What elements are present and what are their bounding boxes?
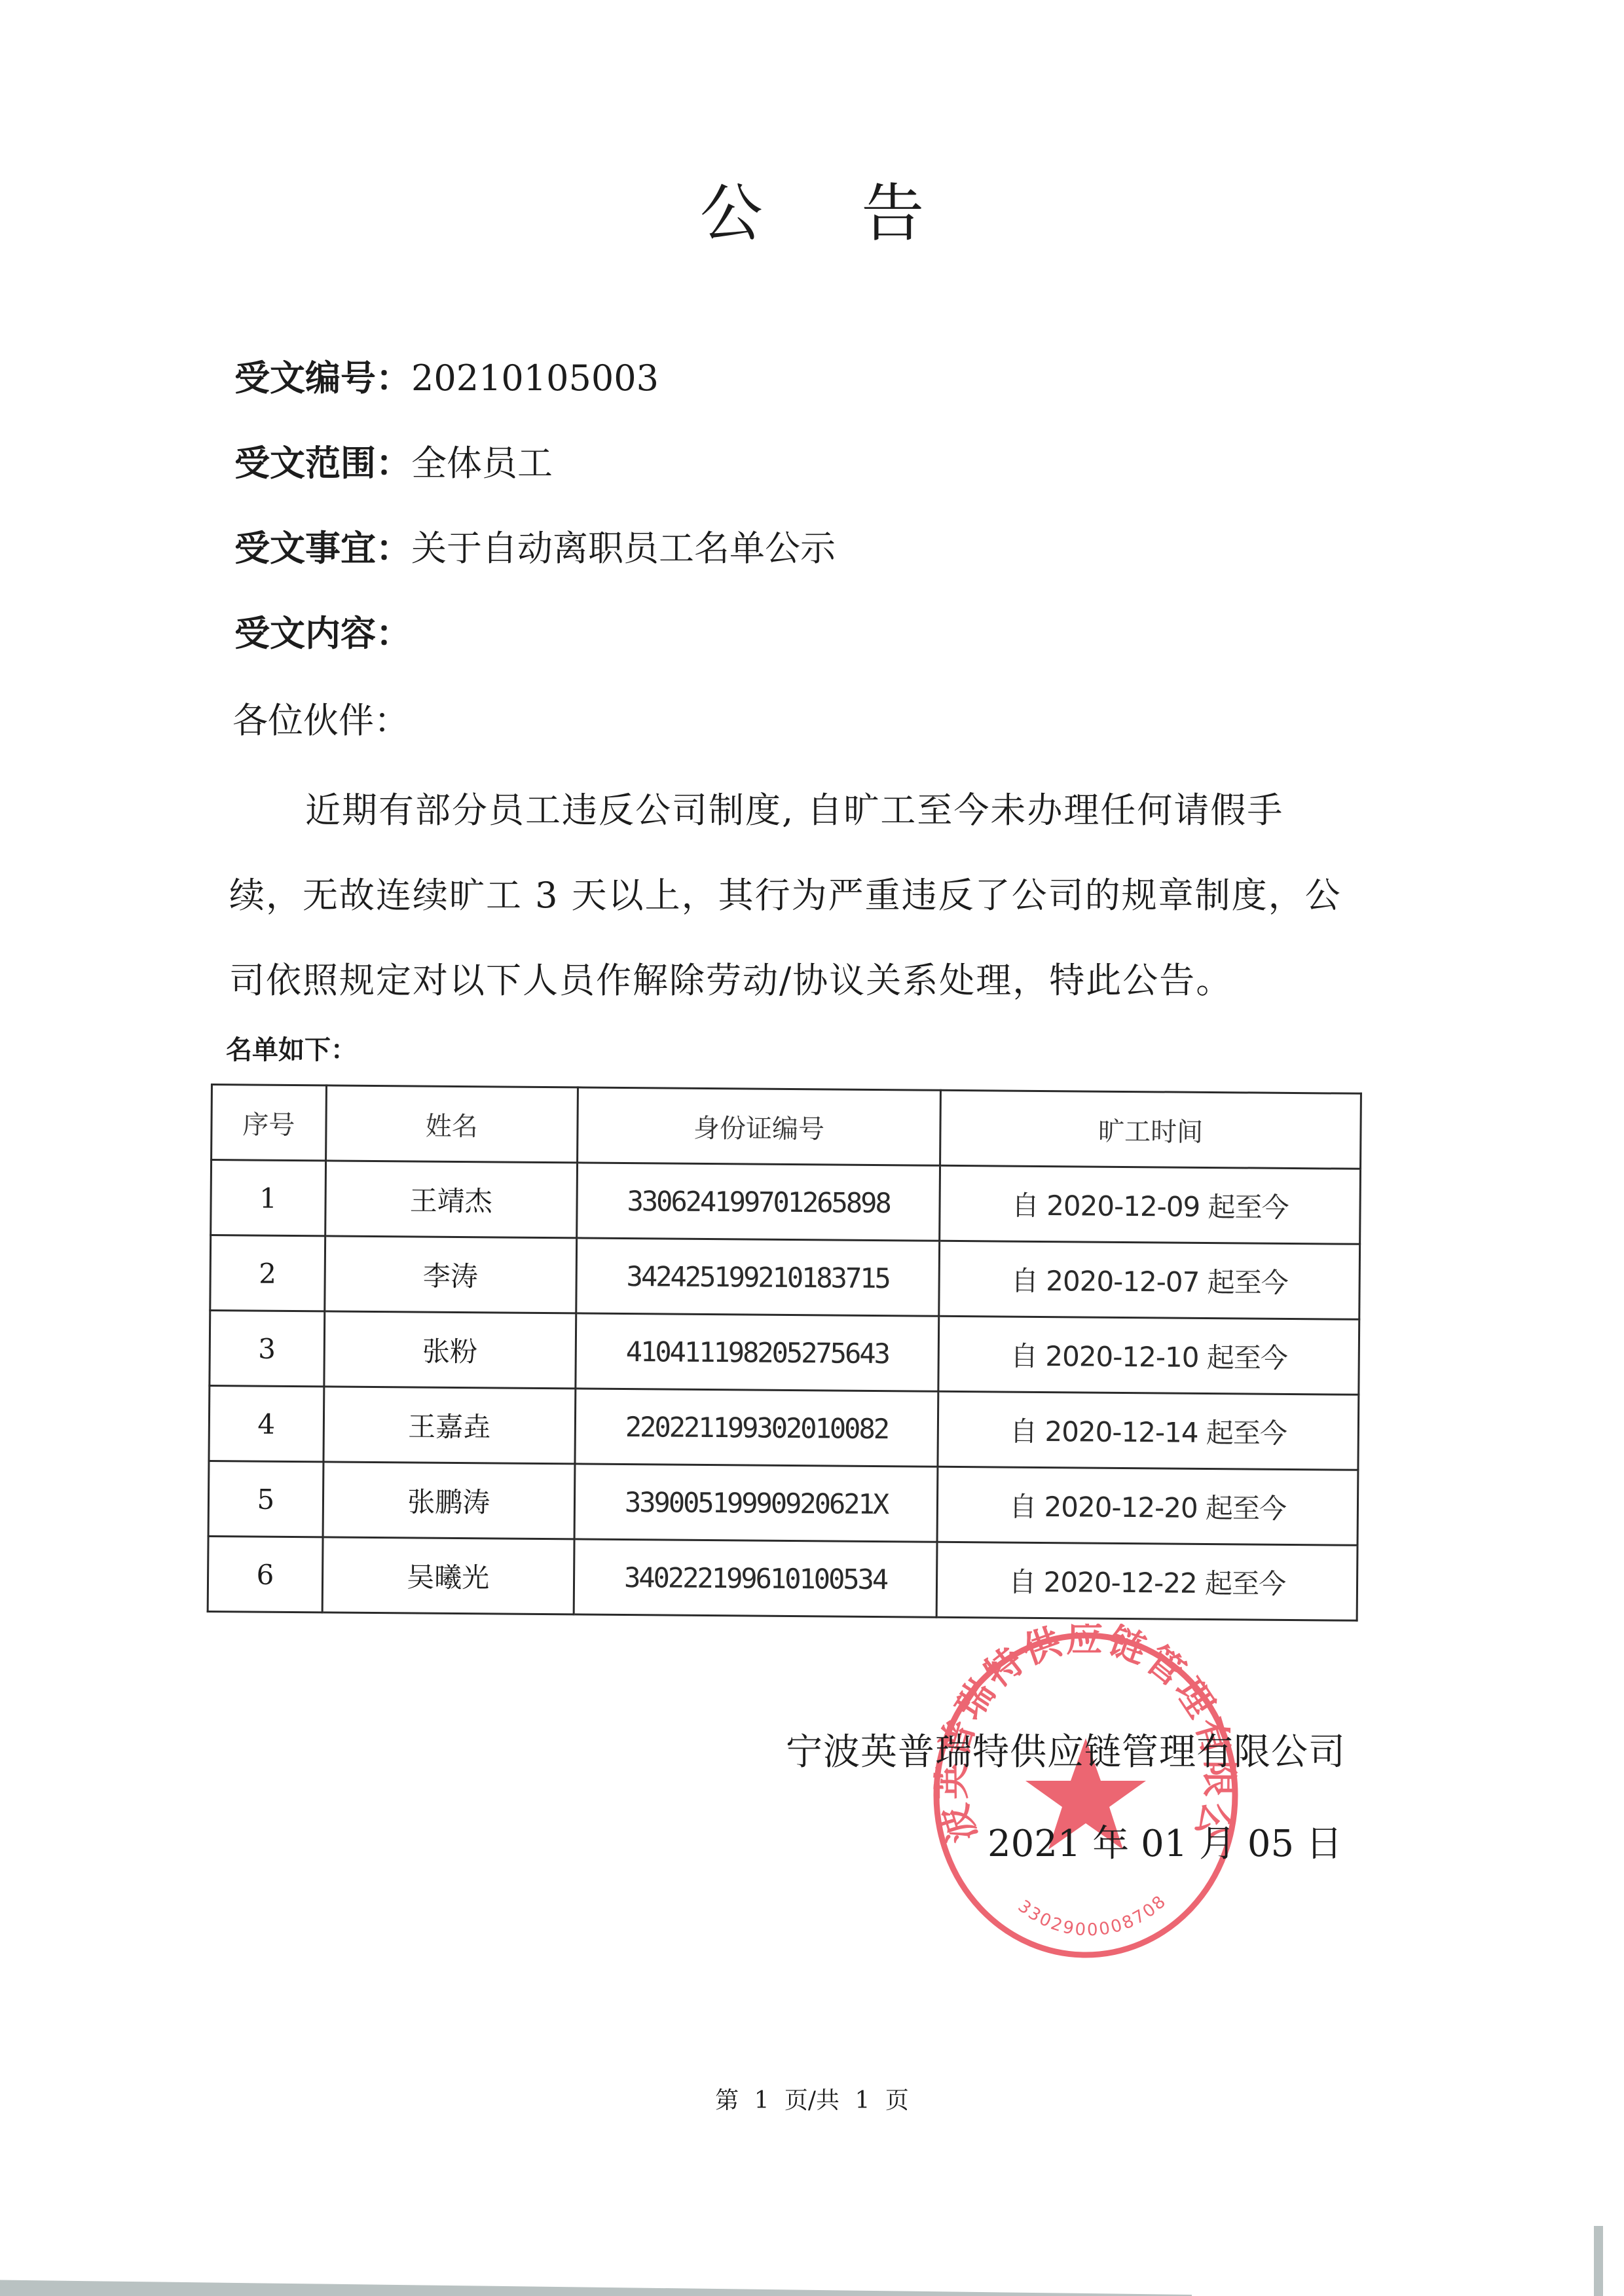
meta-content: 受文内容： <box>234 606 411 656</box>
cell-no: 5 <box>208 1461 323 1537</box>
cell-no: 2 <box>210 1235 325 1311</box>
body-line-1: 近期有部分员工违反公司制度, 自旷工至今未办理任何请假手 <box>229 782 1369 833</box>
cell-id: 410411198205275643 <box>576 1313 939 1391</box>
cell-no: 4 <box>209 1385 324 1461</box>
list-intro: 名单如下： <box>226 1029 357 1066</box>
body-line-2: 续，无故连续旷工 3 天以上，其行为严重违反了公司的规章制度，公 <box>229 867 1369 918</box>
greeting: 各位伙伴： <box>232 693 409 743</box>
company-seal-stamp: 宁波英普瑞特供应链管理有限公司 3302900008708 <box>922 1624 1249 1964</box>
table-header-row: 序号 姓名 身份证编号 旷工时间 <box>212 1085 1361 1169</box>
svg-text:3302900008708: 3302900008708 <box>1014 1891 1171 1940</box>
document-title: 公 告 <box>0 164 1624 253</box>
cell-absence: 自 2020-12-09 起至今 <box>940 1165 1361 1244</box>
table-row: 5 张鹏涛 33900519990920621X 自 2020-12-20 起至… <box>208 1461 1358 1545</box>
meta-label: 受文事宜： <box>234 528 411 569</box>
table-row: 6 吴曦光 340222199610100534 自 2020-12-22 起至… <box>208 1536 1357 1620</box>
scan-edge-shadow <box>1594 2226 1603 2296</box>
table-row: 4 王嘉垚 220221199302010082 自 2020-12-14 起至… <box>209 1385 1359 1470</box>
signature-company: 宁波英普瑞特供应链管理有限公司 <box>786 1723 1346 1776</box>
cell-name: 张粉 <box>324 1311 576 1389</box>
cell-id: 330624199701265898 <box>576 1163 940 1241</box>
header-id: 身份证编号 <box>577 1087 940 1165</box>
cell-id: 342425199210183715 <box>576 1238 940 1316</box>
meta-value: 20210105003 <box>411 357 659 399</box>
body-line-3: 司依照规定对以下人员作解除劳动/协议关系处理，特此公告。 <box>229 953 1369 1003</box>
meta-label: 受文内容： <box>234 613 411 654</box>
cell-absence: 自 2020-12-20 起至今 <box>937 1467 1358 1545</box>
cell-no: 3 <box>210 1311 325 1387</box>
cell-absence: 自 2020-12-07 起至今 <box>939 1241 1360 1319</box>
meta-scope: 受文范围：全体员工 <box>234 435 553 486</box>
cell-id: 340222199610100534 <box>574 1539 937 1617</box>
meta-label: 受文编号： <box>234 357 411 399</box>
seal-code: 3302900008708 <box>1014 1891 1171 1940</box>
cell-name: 王靖杰 <box>325 1161 577 1238</box>
header-absence: 旷工时间 <box>940 1090 1361 1169</box>
page-footer: 第 1 页/共 1 页 <box>0 2082 1624 2115</box>
cell-id: 33900519990920621X <box>574 1464 938 1542</box>
cell-name: 张鹏涛 <box>323 1462 575 1539</box>
cell-absence: 自 2020-12-22 起至今 <box>936 1542 1357 1620</box>
employee-table: 序号 姓名 身份证编号 旷工时间 1 王靖杰 33062419970126589… <box>207 1084 1362 1622</box>
table-row: 2 李涛 342425199210183715 自 2020-12-07 起至今 <box>210 1235 1360 1320</box>
cell-name: 李涛 <box>324 1236 576 1313</box>
cell-no: 6 <box>208 1536 323 1612</box>
table-row: 1 王靖杰 330624199701265898 自 2020-12-09 起至… <box>211 1160 1361 1245</box>
table-row: 3 张粉 410411198205275643 自 2020-12-10 起至今 <box>210 1311 1359 1395</box>
meta-doc-number: 受文编号：20210105003 <box>234 350 659 401</box>
cell-absence: 自 2020-12-14 起至今 <box>938 1391 1359 1470</box>
cell-absence: 自 2020-12-10 起至今 <box>938 1316 1359 1394</box>
cell-id: 220221199302010082 <box>575 1389 938 1467</box>
meta-subject: 受文事宜：关于自动离职员工名单公示 <box>234 520 836 571</box>
meta-value: 全体员工 <box>411 443 553 484</box>
cell-name: 吴曦光 <box>322 1537 574 1614</box>
signature-date: 2021 年 01 月 05 日 <box>987 1815 1342 1867</box>
cell-no: 1 <box>211 1160 326 1236</box>
header-no: 序号 <box>212 1085 327 1161</box>
cell-name: 王嘉垚 <box>323 1387 576 1464</box>
meta-value: 关于自动离职员工名单公示 <box>411 528 836 569</box>
scan-edge-shadow <box>0 2277 1192 2296</box>
meta-label: 受文范围： <box>234 443 411 484</box>
header-name: 姓名 <box>325 1085 578 1163</box>
